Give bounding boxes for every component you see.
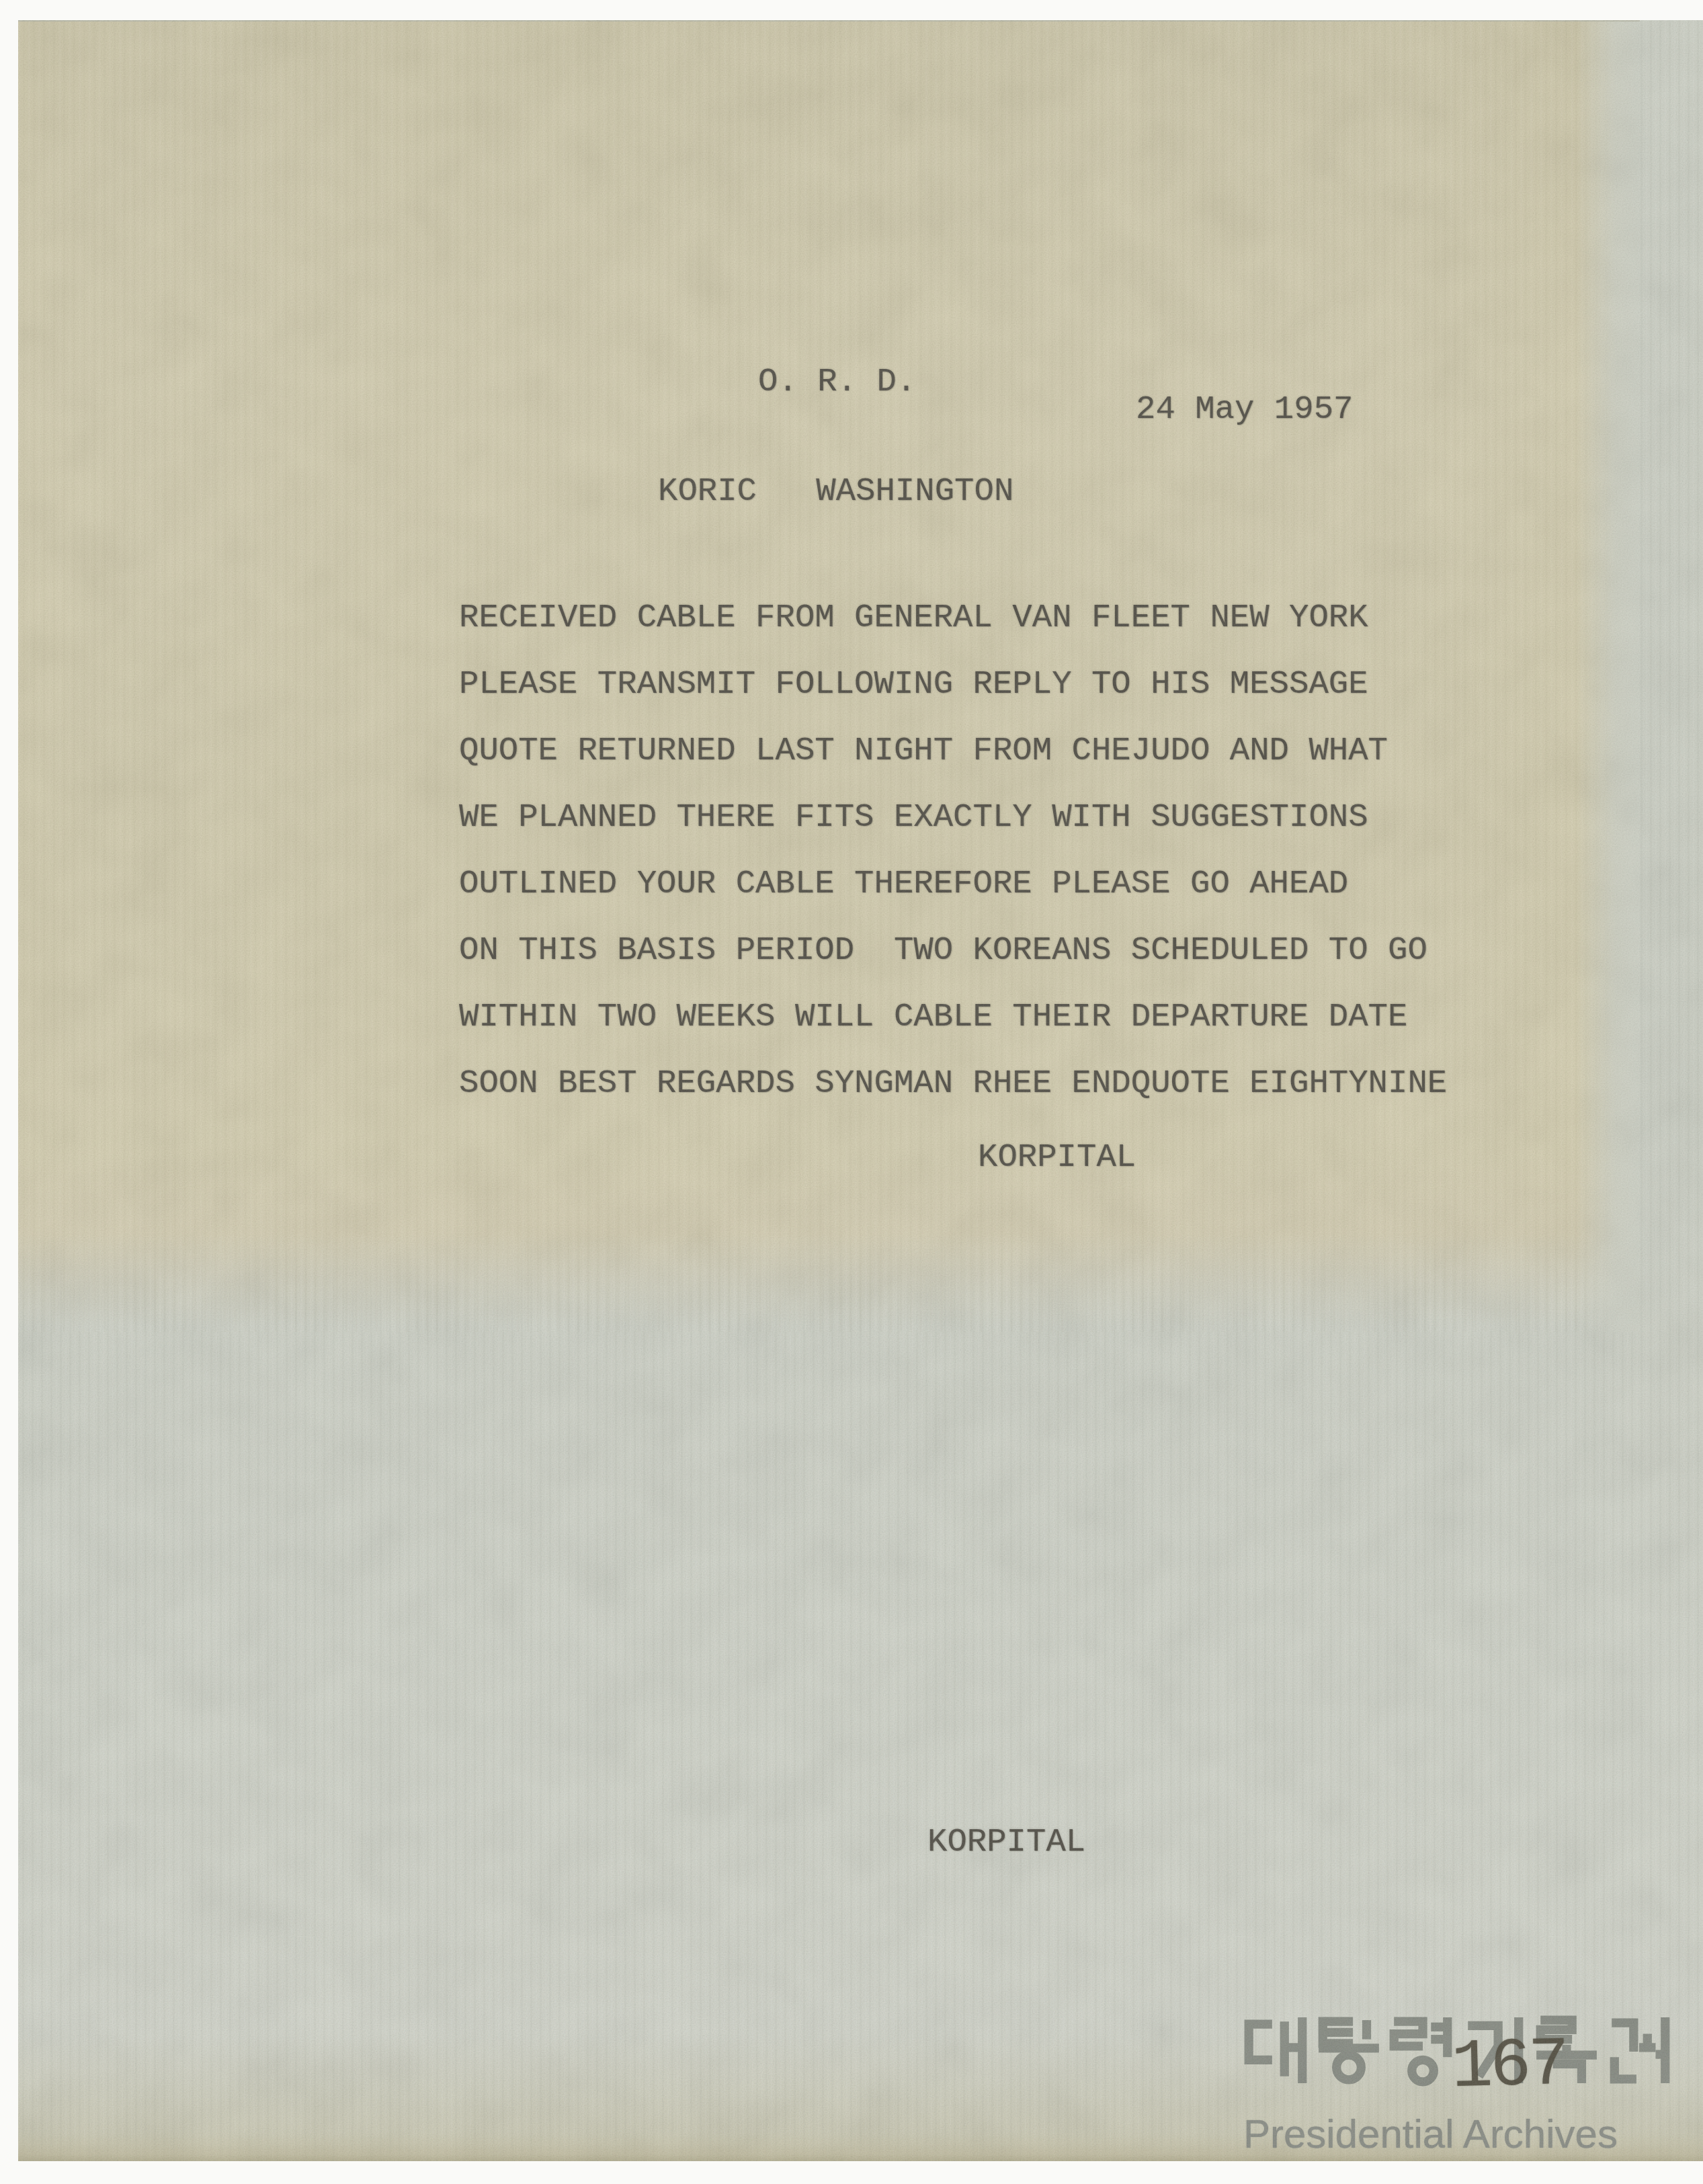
telegram-sheet-right-edge: [1576, 22, 1640, 1332]
page-signature: KORPITAL: [927, 1826, 1085, 1859]
hangul-tong-glyph: [1315, 2011, 1383, 2090]
body-line: ON THIS BASIS PERIOD TWO KOREANS SCHEDUL…: [459, 934, 1427, 967]
body-line: RECEIVED CABLE FROM GENERAL VAN FLEET NE…: [459, 601, 1368, 634]
hangul-gwan-glyph: [1605, 2011, 1673, 2090]
body-line: SOON BEST REGARDS SYNGMAN RHEE ENDQUOTE …: [459, 1067, 1447, 1100]
watermark-english-text: Presidential Archives: [1243, 2114, 1618, 2154]
body-line: PLEASE TRANSMIT FOLLOWING REPLY TO HIS M…: [459, 668, 1368, 701]
body-line: WE PLANNED THERE FITS EXACTLY WITH SUGGE…: [459, 801, 1368, 834]
header-date: 24 May 1957: [1136, 393, 1353, 426]
message-signature: KORPITAL: [978, 1141, 1136, 1174]
hangul-ryeong-glyph: [1387, 2011, 1456, 2090]
body-line: OUTLINED YOUR CABLE THEREFORE PLEASE GO …: [459, 868, 1348, 900]
body-line: QUOTE RETURNED LAST NIGHT FROM CHEJUDO A…: [459, 734, 1388, 767]
header-office-label: O. R. D.: [758, 366, 916, 398]
scanned-telegram-document: O. R. D. 24 May 1957 KORIC WASHINGTON RE…: [0, 0, 1703, 2184]
hangul-dae-glyph: [1242, 2011, 1311, 2090]
body-line: WITHIN TWO WEEKS WILL CABLE THEIR DEPART…: [459, 1001, 1407, 1034]
page-number-stamp: 167: [1451, 2031, 1568, 2102]
recipient-line: KORIC WASHINGTON: [658, 475, 1013, 508]
